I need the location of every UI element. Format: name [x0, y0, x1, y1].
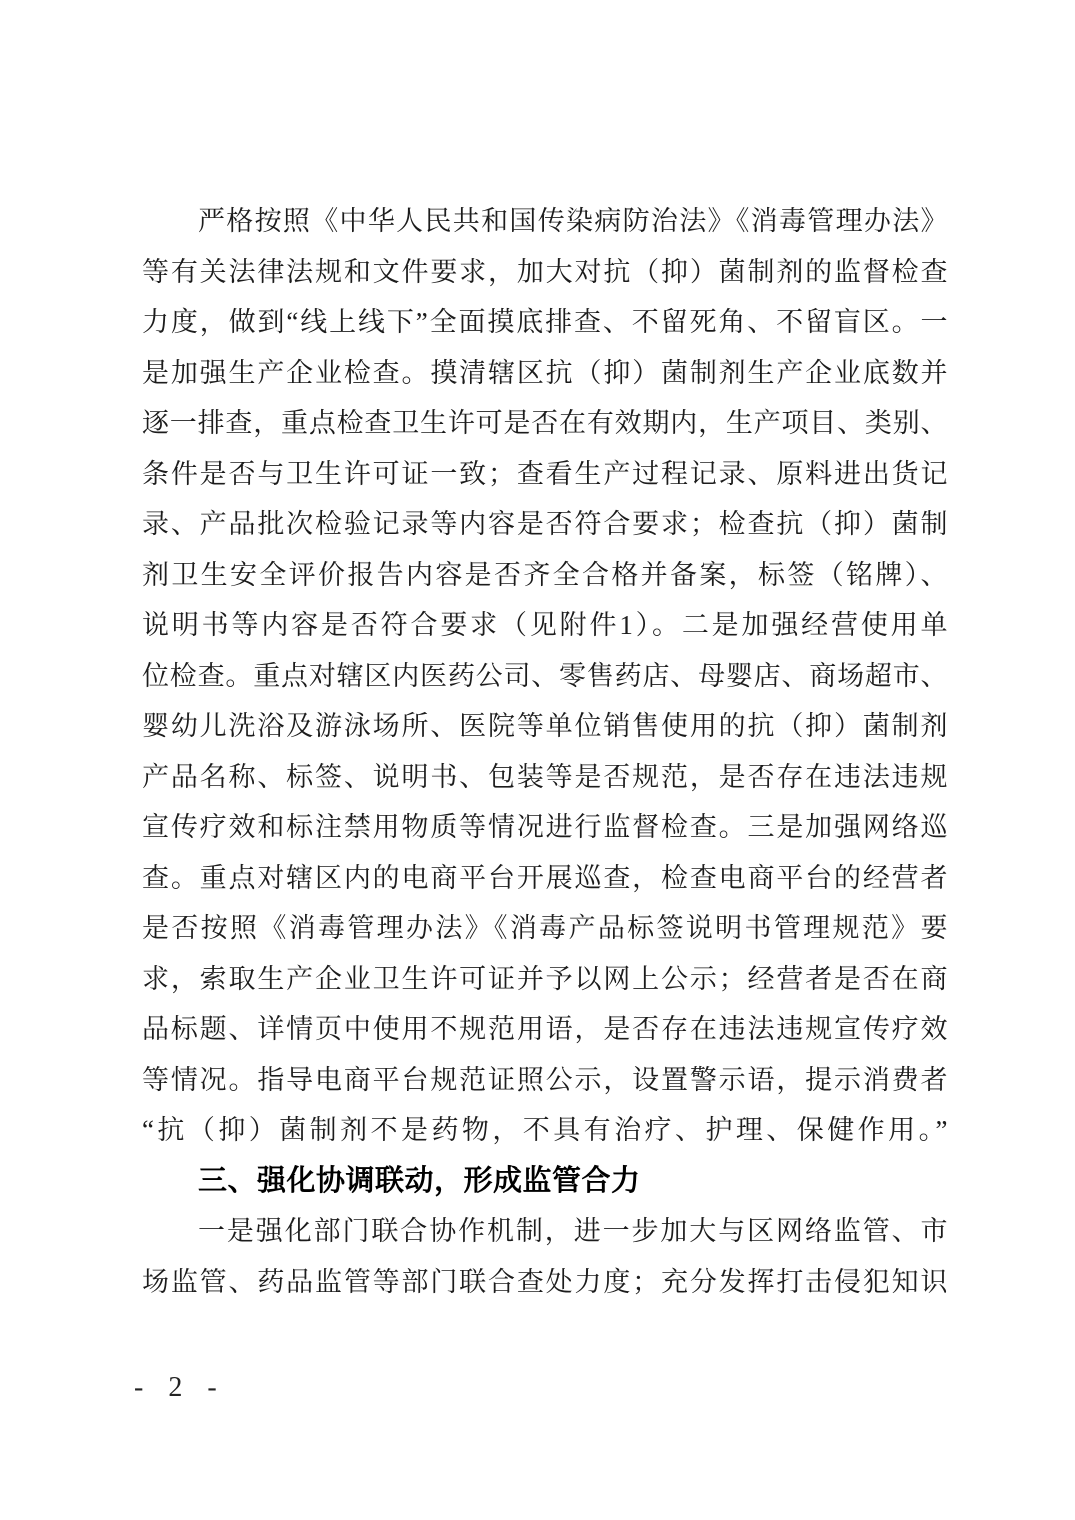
paragraph2-line: 场监管、药品监管等部门联合查处力度；充分发挥打击侵犯知识	[142, 1257, 948, 1308]
paragraph1-line: 位检查。重点对辖区内医药公司、零售药店、母婴店、商场超市、	[142, 651, 948, 702]
paragraph1-line: 婴幼儿洗浴及游泳场所、医院等单位销售使用的抗（抑）菌制剂	[142, 701, 948, 752]
paragraph1-line: 等情况。指导电商平台规范证照公示，设置警示语，提示消费者	[142, 1055, 948, 1106]
paragraph1-line: 宣传疗效和标注禁用物质等情况进行监督检查。三是加强网络巡	[142, 802, 948, 853]
paragraph1-line: “抗（抑）菌制剂不是药物，不具有治疗、护理、保健作用。”	[142, 1105, 948, 1156]
paragraph1-line: 严格按照《中华人民共和国传染病防治法》《消毒管理办法》	[142, 196, 948, 247]
document-body: 严格按照《中华人民共和国传染病防治法》《消毒管理办法》 等有关法律法规和文件要求…	[142, 196, 948, 1307]
paragraph1-line: 剂卫生安全评价报告内容是否齐全合格并备案，标签（铭牌）、	[142, 550, 948, 601]
paragraph1-line: 品标题、详情页中使用不规范用语，是否存在违法违规宣传疗效	[142, 1004, 948, 1055]
paragraph1-line: 求，索取生产企业卫生许可证并予以网上公示；经营者是否在商	[142, 954, 948, 1005]
section-heading: 三、强化协调联动，形成监管合力	[142, 1156, 948, 1207]
paragraph1-line: 说明书等内容是否符合要求（见附件1）。二是加强经营使用单	[142, 600, 948, 651]
paragraph1-line: 力度，做到“线上线下”全面摸底排查、不留死角、不留盲区。一	[142, 297, 948, 348]
paragraph1-line: 录、产品批次检验记录等内容是否符合要求；检查抗（抑）菌制	[142, 499, 948, 550]
paragraph1-line: 逐一排查，重点检查卫生许可是否在有效期内，生产项目、类别、	[142, 398, 948, 449]
page-number: - 2 -	[134, 1372, 224, 1404]
paragraph1-line: 查。重点对辖区内的电商平台开展巡查，检查电商平台的经营者	[142, 853, 948, 904]
paragraph1-line: 产品名称、标签、说明书、包装等是否规范，是否存在违法违规	[142, 752, 948, 803]
paragraph1-line: 条件是否与卫生许可证一致；查看生产过程记录、原料进出货记	[142, 449, 948, 500]
paragraph2-line: 一是强化部门联合协作机制，进一步加大与区网络监管、市	[142, 1206, 948, 1257]
paragraph1-line: 等有关法律法规和文件要求，加大对抗（抑）菌制剂的监督检查	[142, 247, 948, 298]
paragraph1-line: 是加强生产企业检查。摸清辖区抗（抑）菌制剂生产企业底数并	[142, 348, 948, 399]
document-page: 严格按照《中华人民共和国传染病防治法》《消毒管理办法》 等有关法律法规和文件要求…	[0, 0, 1075, 1520]
paragraph1-line: 是否按照《消毒管理办法》《消毒产品标签说明书管理规范》要	[142, 903, 948, 954]
